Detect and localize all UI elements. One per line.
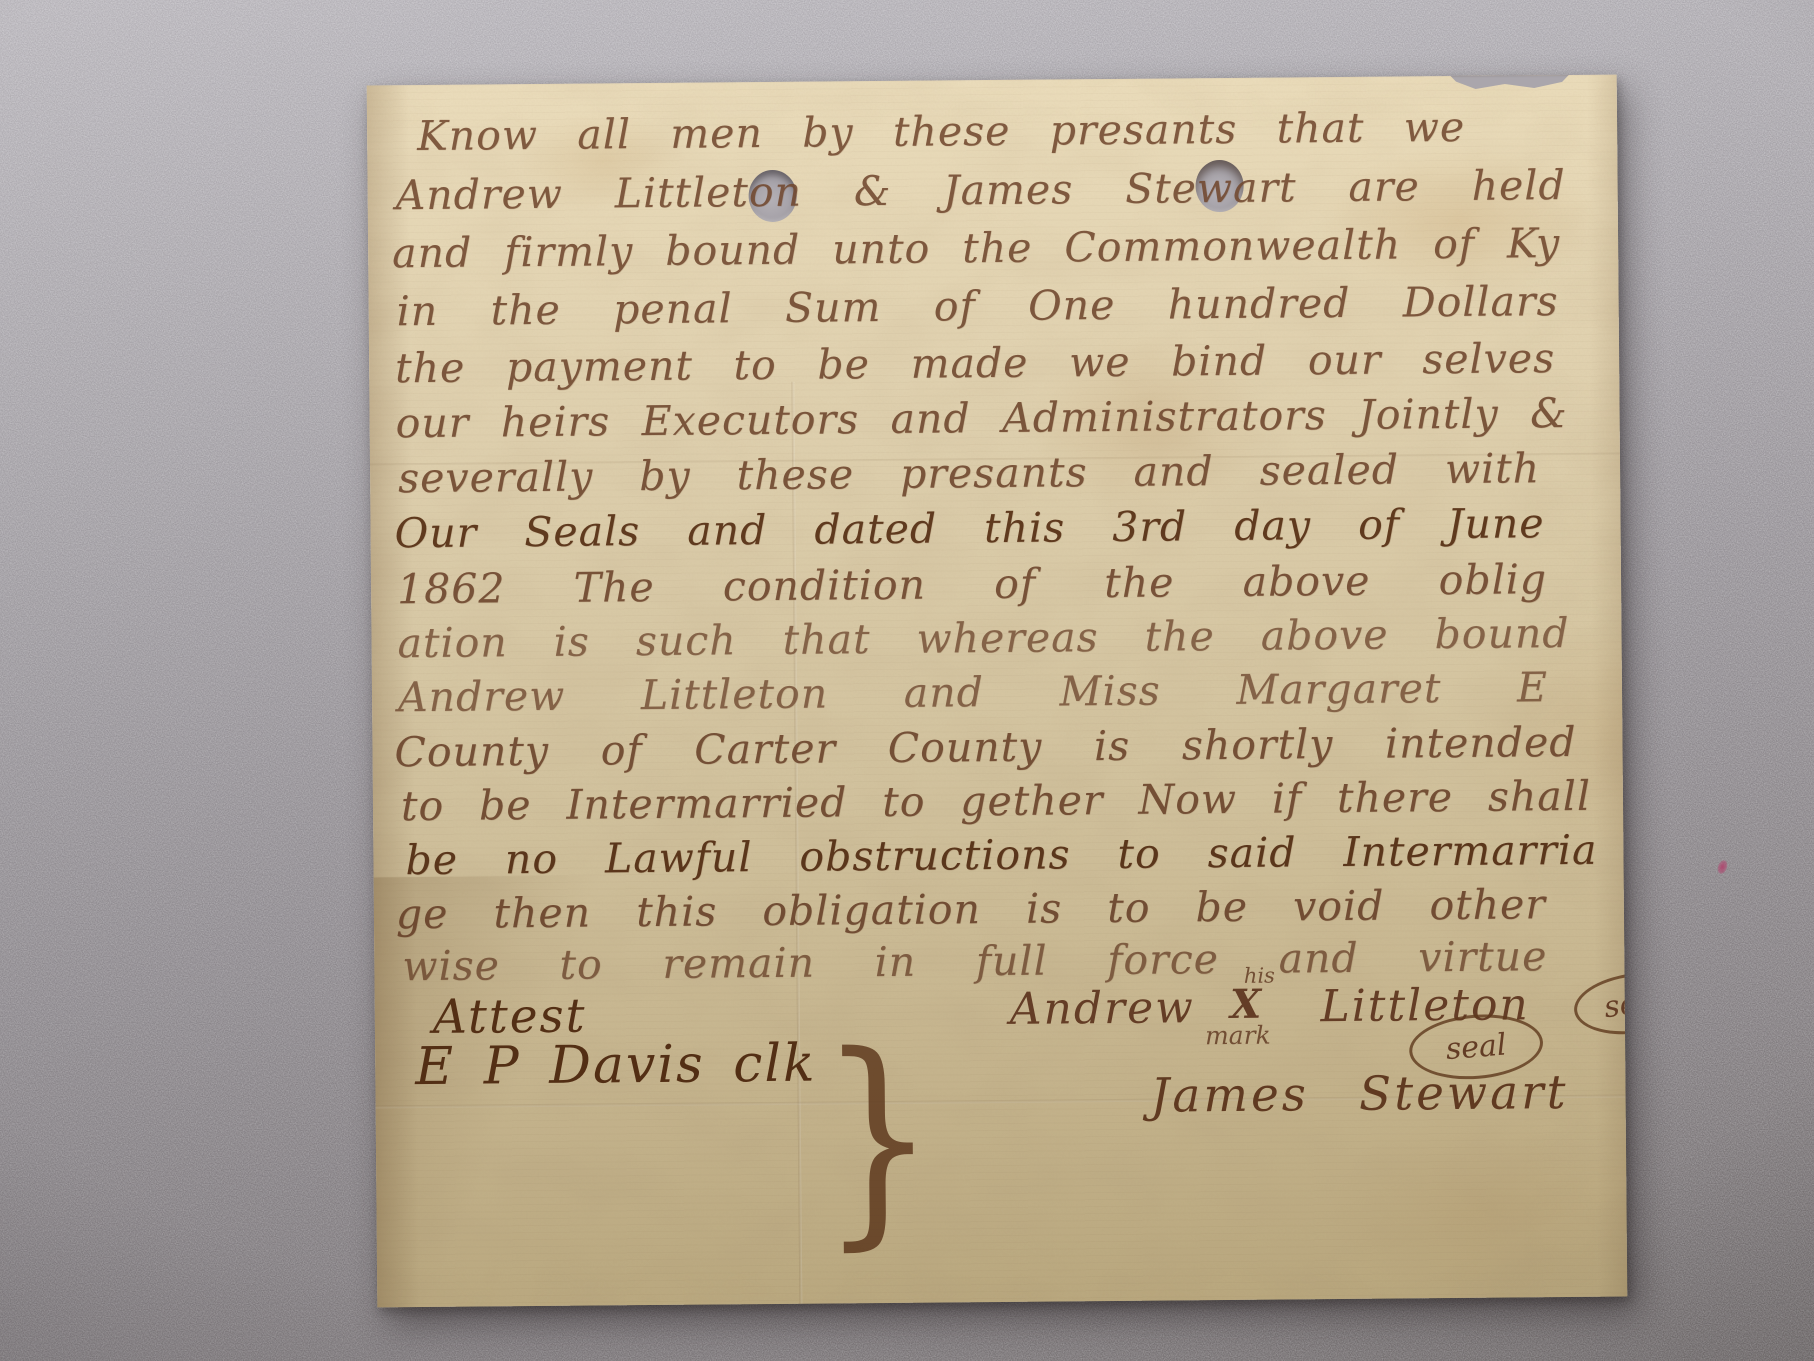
document-line: 1862 The condition of the above oblig bbox=[397, 556, 1547, 612]
document-line: ation is such that whereas the above bou… bbox=[397, 610, 1569, 666]
document-line: in the penal Sum of One hundred Dollars bbox=[396, 278, 1558, 334]
document-line: ge then this obligation is to be void ot… bbox=[396, 881, 1546, 937]
document-line: Know all men by these presants that we bbox=[417, 104, 1465, 159]
torn-edge-notch bbox=[1449, 75, 1571, 90]
document-line: severally by these presants and sealed w… bbox=[398, 445, 1540, 501]
photo-of-document: { "photo": { "background_color": "#9b979… bbox=[0, 0, 1814, 1361]
document-line: our heirs Executors and Administrators J… bbox=[395, 390, 1567, 446]
document-line: Our Seals and dated this 3rd day of June bbox=[394, 500, 1544, 556]
seal-1: seal bbox=[1570, 966, 1627, 1041]
witness-signature: James Stewart bbox=[1150, 1065, 1568, 1124]
document-line: be no Lawful obstructions to said Interm… bbox=[405, 827, 1597, 883]
document-line: Andrew Littleton & James Stewart are hel… bbox=[395, 162, 1565, 218]
clerk-brace: } bbox=[819, 1021, 936, 1258]
document-paper: Know all men by these presants that we A… bbox=[367, 75, 1628, 1308]
document-line: County of Carter County is shortly inten… bbox=[394, 719, 1576, 775]
mark-note-mark: mark bbox=[1205, 1023, 1271, 1049]
groom-first-name: Andrew bbox=[1010, 982, 1195, 1035]
pink-fiber-mark bbox=[1716, 859, 1729, 875]
mark-note-his: his bbox=[1244, 966, 1275, 987]
paper-stain bbox=[1326, 1114, 1628, 1307]
his-mark-x: his X mark bbox=[1212, 966, 1278, 1049]
x-mark: X bbox=[1230, 987, 1261, 1023]
clerk-signature: E P Davis clk bbox=[415, 1034, 817, 1097]
document-line: and firmly bound unto the Commonwealth o… bbox=[392, 220, 1560, 276]
document-line: the payment to be made we bind our selve… bbox=[395, 335, 1555, 391]
document-line: to be Intermarried to gether Now if ther… bbox=[401, 773, 1591, 829]
document-line: Andrew Littleton and Miss Margaret E bbox=[398, 664, 1548, 720]
